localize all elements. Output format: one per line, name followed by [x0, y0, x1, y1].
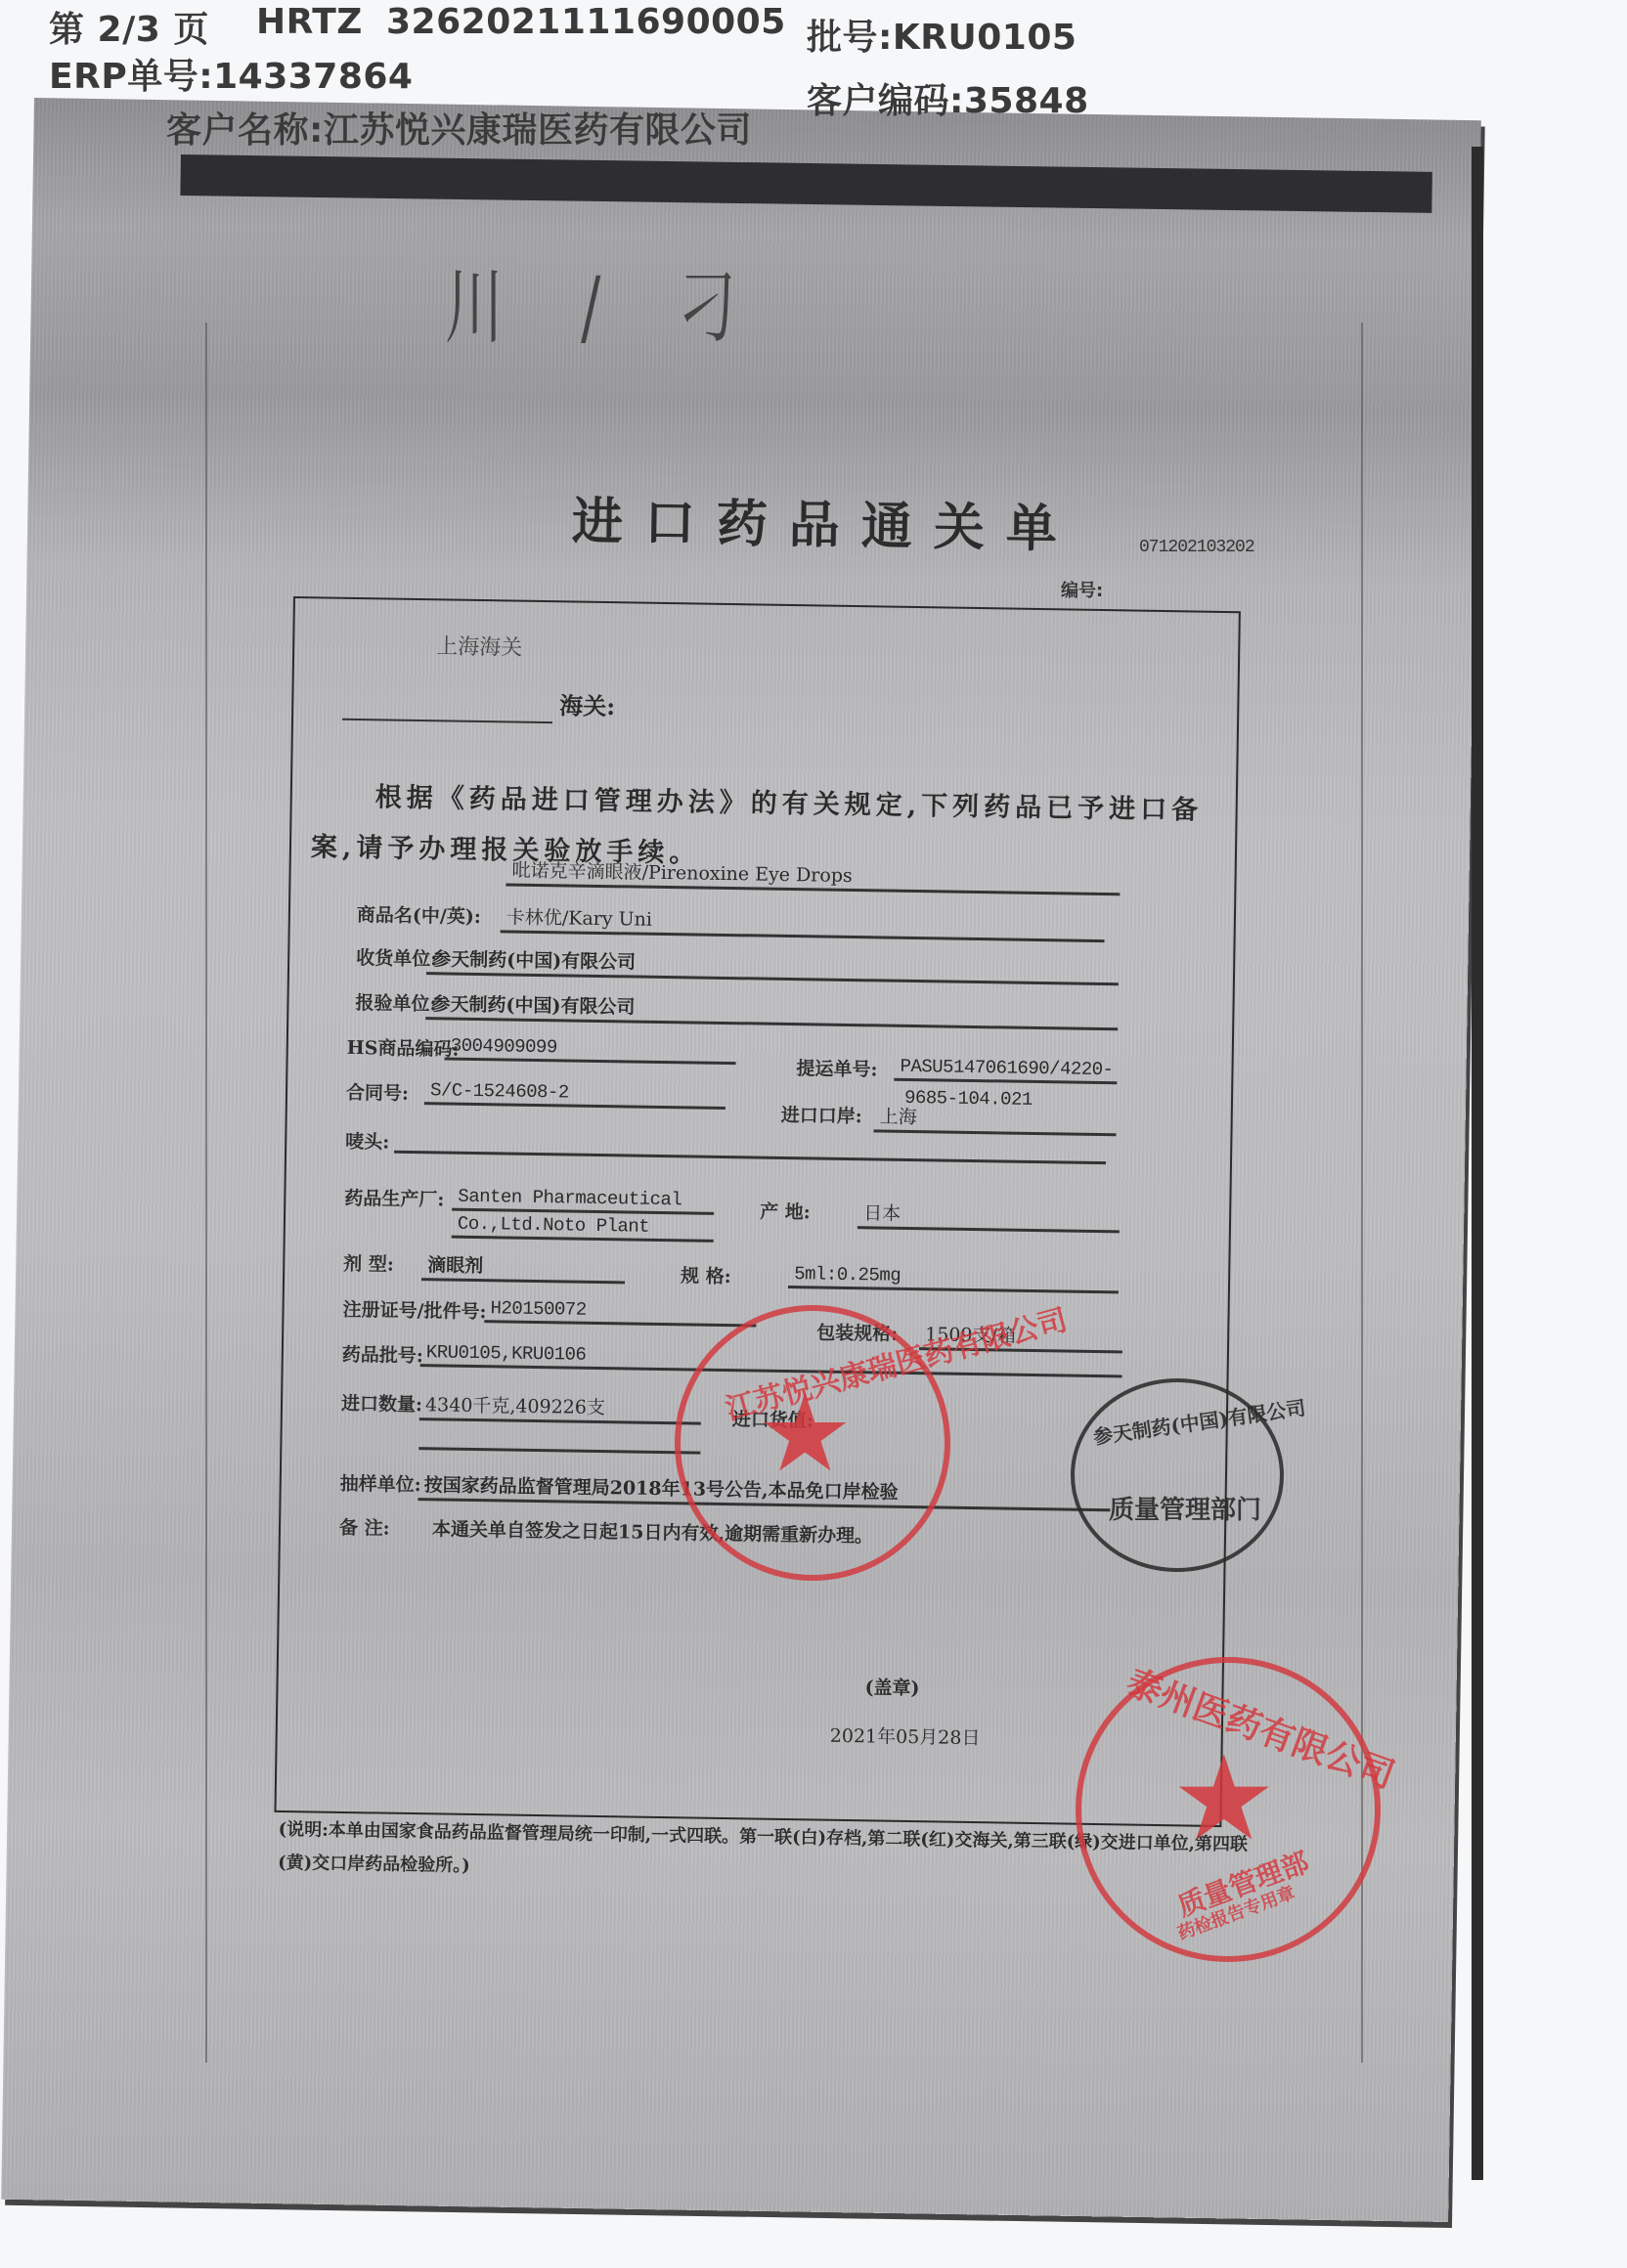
- sampling-unit-value: 按国家药品监督管理局2018年13号公告,本品免口岸检验: [418, 1470, 1110, 1511]
- import-quantity-value: 4340千克,409226支: [419, 1390, 701, 1425]
- inspection-applicant-value: 参天制药(中国)有限公司: [425, 989, 1118, 1030]
- contract-no-label: 合同号:: [346, 1078, 409, 1106]
- registration-no-value: H20150072: [484, 1297, 756, 1327]
- hs-code-label: HS商品编码:: [347, 1033, 460, 1062]
- intro-line-1: 根据《药品进口管理办法》的有关规定,下列药品已予进口备: [375, 775, 1204, 826]
- trade-name-label: 商品名(中/英):: [357, 900, 481, 929]
- origin-value: 日本: [857, 1199, 1120, 1233]
- inspection-applicant-label: 报验单位:: [355, 988, 436, 1016]
- bill-of-lading-value-1: PASU5147061690/4220-: [894, 1056, 1117, 1085]
- number-label: 编号:: [1061, 577, 1103, 602]
- handwriting: 川 / 刁: [445, 242, 766, 360]
- customer-name: 客户名称:江苏悦兴康瑞医药有限公司: [166, 103, 752, 153]
- sampling-unit-label: 抽样单位:: [340, 1469, 421, 1497]
- document-title: 进口药品通关单: [571, 480, 1078, 561]
- contract-no-value: S/C-1524608-2: [424, 1079, 726, 1110]
- dosage-form-label: 剂 型:: [343, 1249, 394, 1277]
- seal-label: (盖章): [864, 1673, 919, 1700]
- customs-office: 上海海关: [436, 630, 522, 661]
- addressee-suffix: 海关:: [559, 686, 615, 721]
- customer-code: 客户编码:35848: [807, 73, 1089, 123]
- remarks-label: 备 注:: [339, 1513, 390, 1541]
- issue-date: 2021年05月28日: [830, 1722, 981, 1750]
- import-value-blank: [418, 1426, 700, 1455]
- origin-label: 产 地:: [760, 1198, 811, 1225]
- specification-value: 5ml:0.25mg: [788, 1263, 1119, 1293]
- dosage-form-value: 滴眼剂: [421, 1250, 625, 1284]
- manufacturer-label: 药品生产厂:: [344, 1184, 444, 1212]
- import-value-label: 进口货值:: [732, 1405, 813, 1432]
- batch-label: 批号:KRU0105: [807, 10, 1077, 60]
- consignee-value: 参天制药(中国)有限公司: [426, 944, 1119, 985]
- hs-code-value: 3004909099: [445, 1034, 736, 1065]
- remarks-value: 本通关单自签发之日起15日内有效,逾期需重新办理。: [432, 1514, 873, 1548]
- page-edge-shadow: [1472, 147, 1483, 2180]
- packaging-label: 包装规格:: [816, 1319, 898, 1346]
- specification-label: 规 格:: [681, 1261, 731, 1288]
- doc-number: 3262021111690005: [386, 2, 786, 42]
- port-of-import-value: 上海: [873, 1102, 1116, 1136]
- manufacturer-value-2: Co.,Ltd.Noto Plant: [452, 1213, 714, 1243]
- page-indicator: 第 2/3 页: [49, 2, 209, 52]
- erp-number: ERP单号:14337864: [49, 49, 414, 99]
- drug-name-value: 吡诺克辛滴眼液/Pirenoxine Eye Drops: [506, 855, 1120, 895]
- port-of-import-label: 进口口岸:: [781, 1101, 862, 1128]
- shipping-mark-label: 唛头:: [345, 1127, 389, 1155]
- bill-of-lading-label: 提运单号:: [796, 1054, 877, 1081]
- doc-type: HRTZ: [256, 2, 363, 42]
- trade-name-value: 卡林优/Kary Uni: [501, 902, 1105, 942]
- import-quantity-label: 进口数量:: [341, 1389, 422, 1417]
- clearance-form: 上海海关 海关: 根据《药品进口管理办法》的有关规定,下列药品已予进口备 案,请…: [274, 596, 1240, 1827]
- drug-batch-no-label: 药品批号:: [342, 1340, 423, 1368]
- addressee-blank: [342, 697, 552, 723]
- registration-no-label: 注册证号/批件号:: [342, 1295, 486, 1324]
- consignee-label: 收货单位:: [356, 943, 437, 971]
- manufacturer-value-1: Santen Pharmaceutical: [452, 1186, 714, 1215]
- packaging-value: 1509支/箱: [919, 1320, 1122, 1353]
- serial-number: 071202103202: [1139, 538, 1254, 557]
